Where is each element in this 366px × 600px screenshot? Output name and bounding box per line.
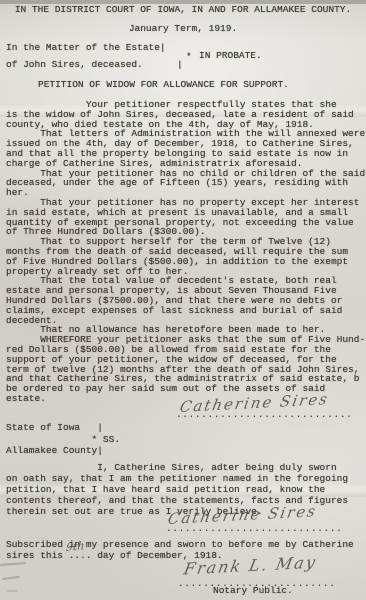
venue-state: State of Iowa |	[6, 422, 103, 433]
smudge-mark	[0, 562, 26, 566]
petitioner-signature-block: ............................ Catherine S…	[176, 396, 348, 424]
court-header: IN THE DISTRICT COURT OF IOWA, IN AND FO…	[0, 4, 366, 15]
jurat-line-1: Subscribed in my presence and sworn to b…	[6, 539, 354, 550]
document-title: PETITION OF WIDOW FOR ALLOWANCE FOR SUPP…	[38, 79, 289, 90]
venue-county: Allamakee County|	[6, 445, 103, 456]
affiant-signature-block: ............................ Catherine S…	[166, 509, 341, 535]
caption-deceased-line: of John Sires, deceased. |	[6, 59, 183, 70]
handwritten-day: 9th	[65, 539, 85, 554]
notary-signature: Frank L. May	[182, 552, 319, 578]
document-page: IN THE DISTRICT COURT OF IOWA, IN AND FO…	[0, 0, 366, 600]
petition-body: Your petitioner respectfully states that…	[6, 100, 365, 404]
venue-ss: * SS.	[6, 434, 120, 445]
smudge-mark	[2, 576, 20, 580]
caption-star: *	[186, 51, 192, 62]
notary-public-label: Notary Public.	[213, 585, 293, 596]
caption-estate-line: In the Matter of the Estate|	[6, 42, 166, 53]
probate-label: IN PROBATE.	[199, 50, 262, 61]
smudge-mark	[7, 590, 18, 593]
term-line: January Term, 1919.	[0, 23, 366, 34]
